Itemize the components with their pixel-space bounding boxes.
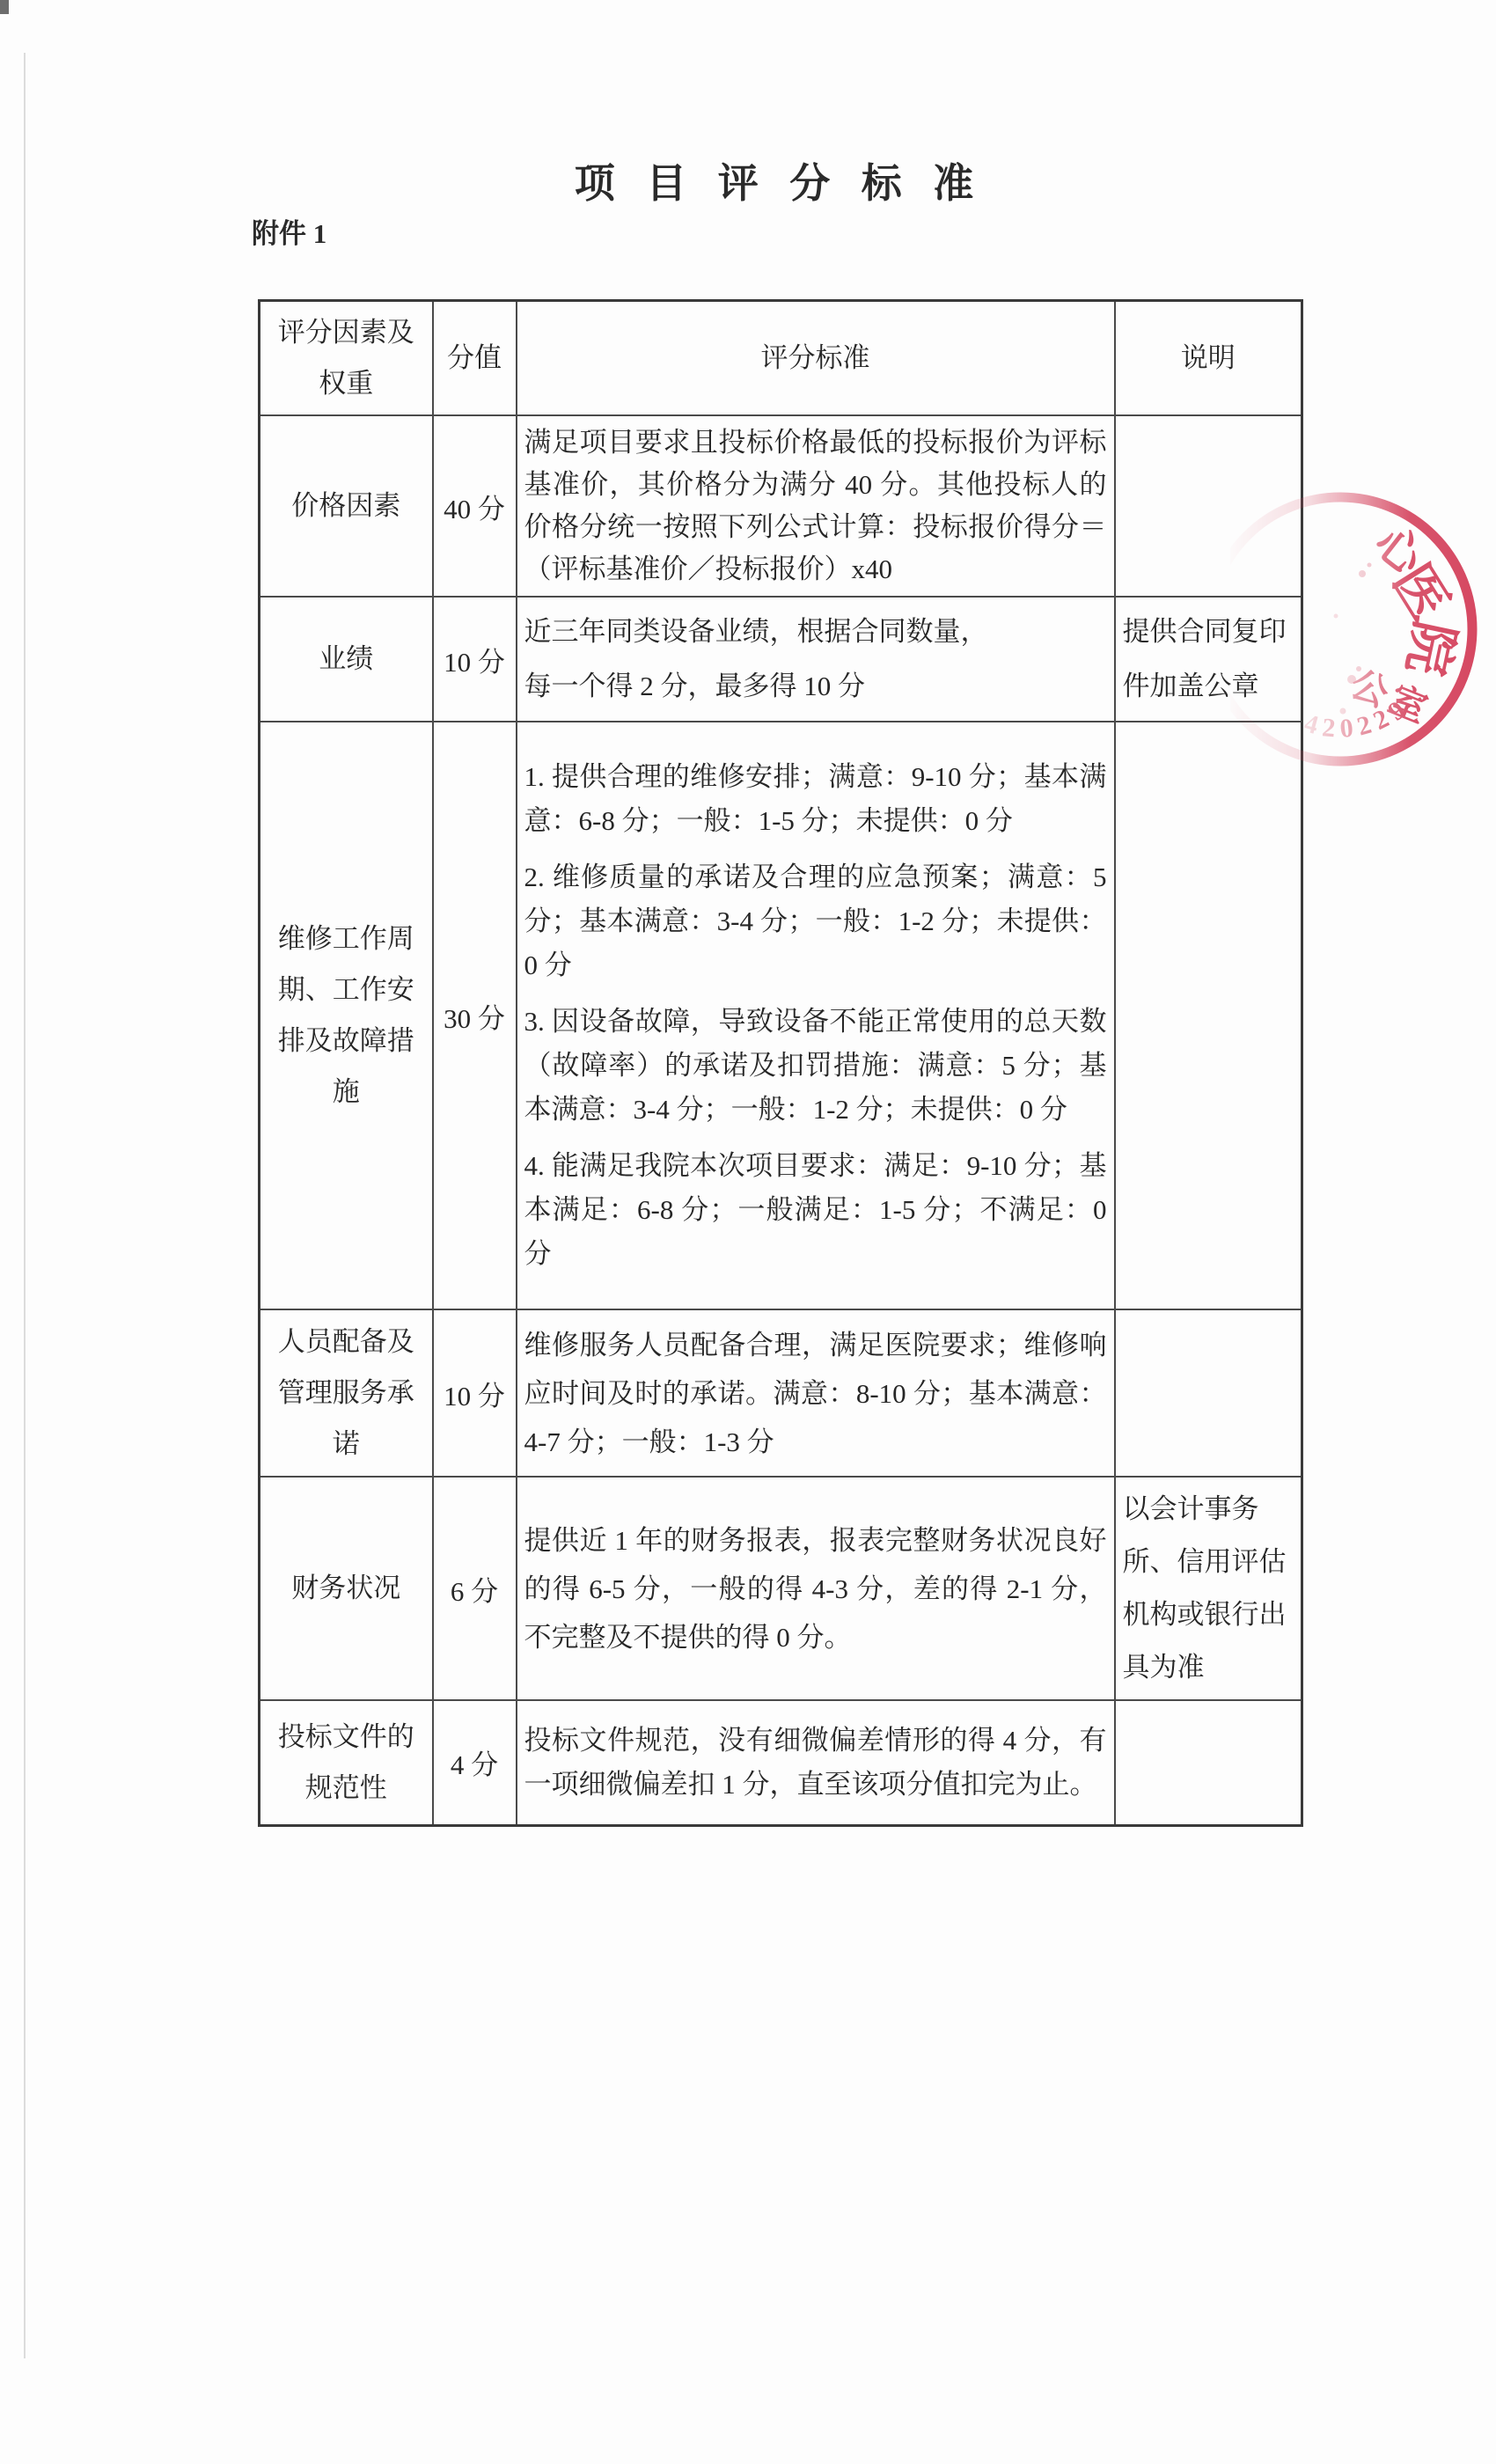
score-cell: 10 分 xyxy=(433,1309,517,1477)
factor-cell: 维修工作周期、工作安排及故障措施 xyxy=(260,722,433,1309)
table-header-row: 评分因素及 权重 分值 评分标准 说明 xyxy=(260,301,1302,416)
row-performance: 业绩 10 分 近三年同类设备业绩，根据合同数量， 每一个得 2 分，最多得 1… xyxy=(260,597,1302,722)
row-staffing-service: 人员配备及管理服务承诺 10 分 维修服务人员配备合理，满足医院要求；维修响应时… xyxy=(260,1309,1302,1477)
criteria-cell: 投标文件规范，没有细微偏差情形的得 4 分，有一项细微偏差扣 1 分，直至该项分… xyxy=(517,1700,1115,1825)
criteria-line: 近三年同类设备业绩，根据合同数量， xyxy=(524,605,1107,659)
scan-corner-artifact xyxy=(0,0,9,14)
note-line: 提供合同复印 xyxy=(1123,605,1294,659)
criteria-cell: 维修服务人员配备合理，满足医院要求；维修响应时间及时的承诺。满意：8-10 分；… xyxy=(517,1309,1115,1477)
header-note-cell: 说明 xyxy=(1115,301,1302,416)
criteria-item: 2. 维修质量的承诺及合理的应急预案；满意：5 分；基本满意：3-4 分；一般：… xyxy=(524,855,1107,987)
row-price-factor: 价格因素 40 分 满足项目要求且投标价格最低的投标报价为评标基准价，其价格分为… xyxy=(260,415,1302,597)
score-cell: 30 分 xyxy=(433,722,517,1309)
seal-char-yuan: 院 xyxy=(1397,616,1464,679)
note-cell xyxy=(1115,1700,1302,1825)
seal-char-xin: 心 xyxy=(1365,517,1434,586)
row-financial-status: 财务状况 6 分 提供近 1 年的财务报表，报表完整财务状况良好的得 6-5 分… xyxy=(260,1477,1302,1700)
header-factor-cell: 评分因素及 权重 xyxy=(260,301,433,416)
criteria-item: 1. 提供合理的维修安排；满意：9-10 分；基本满意：6-8 分；一般：1-5… xyxy=(524,755,1107,843)
criteria-cell: 1. 提供合理的维修安排；满意：9-10 分；基本满意：6-8 分；一般：1-5… xyxy=(517,722,1115,1309)
note-cell xyxy=(1115,722,1302,1309)
note-line: 所、信用评估 xyxy=(1123,1536,1294,1588)
seal-digits-text: 420229 xyxy=(1301,692,1415,744)
note-cell xyxy=(1115,415,1302,597)
header-score-cell: 分值 xyxy=(433,301,517,416)
factor-cell: 投标文件的规范性 xyxy=(260,1700,433,1825)
note-line: 具为准 xyxy=(1123,1641,1294,1694)
seal-char-yi: 医 xyxy=(1382,554,1459,630)
criteria-cell: 近三年同类设备业绩，根据合同数量， 每一个得 2 分，最多得 10 分 xyxy=(517,597,1115,722)
seal-digits: 420229 xyxy=(1301,692,1415,744)
criteria-item: 3. 因设备故障，导致设备不能正常使用的总天数（故障率）的承诺及扣罚措施：满意：… xyxy=(524,1000,1107,1132)
factor-cell: 价格因素 xyxy=(260,415,433,597)
scoring-table: 评分因素及 权重 分值 评分标准 说明 价格因素 40 分 满足项目要求且投标价… xyxy=(258,299,1303,1827)
note-cell: 以会计事务 所、信用评估 机构或银行出 具为准 xyxy=(1115,1477,1302,1700)
score-cell: 40 分 xyxy=(433,415,517,597)
criteria-item: 4. 能满足我院本次项目要求：满足：9-10 分；基本满足：6-8 分；一般满足… xyxy=(524,1144,1107,1276)
factor-cell: 人员配备及管理服务承诺 xyxy=(260,1309,433,1477)
note-cell: 提供合同复印 件加盖公章 xyxy=(1115,597,1302,722)
criteria-cell: 满足项目要求且投标价格最低的投标报价为评标基准价，其价格分为满分 40 分。其他… xyxy=(517,415,1115,597)
attachment-label: 附件 1 xyxy=(252,211,326,251)
note-cell xyxy=(1115,1309,1302,1477)
scanned-document-page: 项 目 评 分 标 准 附件 1 评分因素及 权重 分值 评分标准 说明 价格因… xyxy=(0,0,1496,2464)
seal-chars-gongshi: 公室 xyxy=(1345,664,1437,733)
header-factor-line1: 评分因素及 xyxy=(268,307,425,358)
note-line: 机构或银行出 xyxy=(1123,1588,1294,1641)
note-line: 以会计事务 xyxy=(1123,1483,1294,1536)
note-line: 件加盖公章 xyxy=(1123,659,1294,714)
criteria-line: 每一个得 2 分，最多得 10 分 xyxy=(524,659,1107,714)
page-title: 项 目 评 分 标 准 xyxy=(258,151,1301,209)
score-cell: 6 分 xyxy=(433,1477,517,1700)
factor-cell: 财务状况 xyxy=(260,1477,433,1700)
scan-edge-line xyxy=(24,53,26,2358)
header-criteria-cell: 评分标准 xyxy=(517,301,1115,416)
seal-ink-speckles xyxy=(1334,563,1372,715)
criteria-cell: 提供近 1 年的财务报表，报表完整财务状况良好的得 6-5 分，一般的得 4-3… xyxy=(517,1477,1115,1700)
row-maintenance-schedule: 维修工作周期、工作安排及故障措施 30 分 1. 提供合理的维修安排；满意：9-… xyxy=(260,722,1302,1309)
header-factor-line2: 权重 xyxy=(268,358,425,409)
score-cell: 4 分 xyxy=(433,1700,517,1825)
row-bid-document-conformity: 投标文件的规范性 4 分 投标文件规范，没有细微偏差情形的得 4 分，有一项细微… xyxy=(260,1700,1302,1825)
factor-cell: 业绩 xyxy=(260,597,433,722)
score-cell: 10 分 xyxy=(433,597,517,722)
